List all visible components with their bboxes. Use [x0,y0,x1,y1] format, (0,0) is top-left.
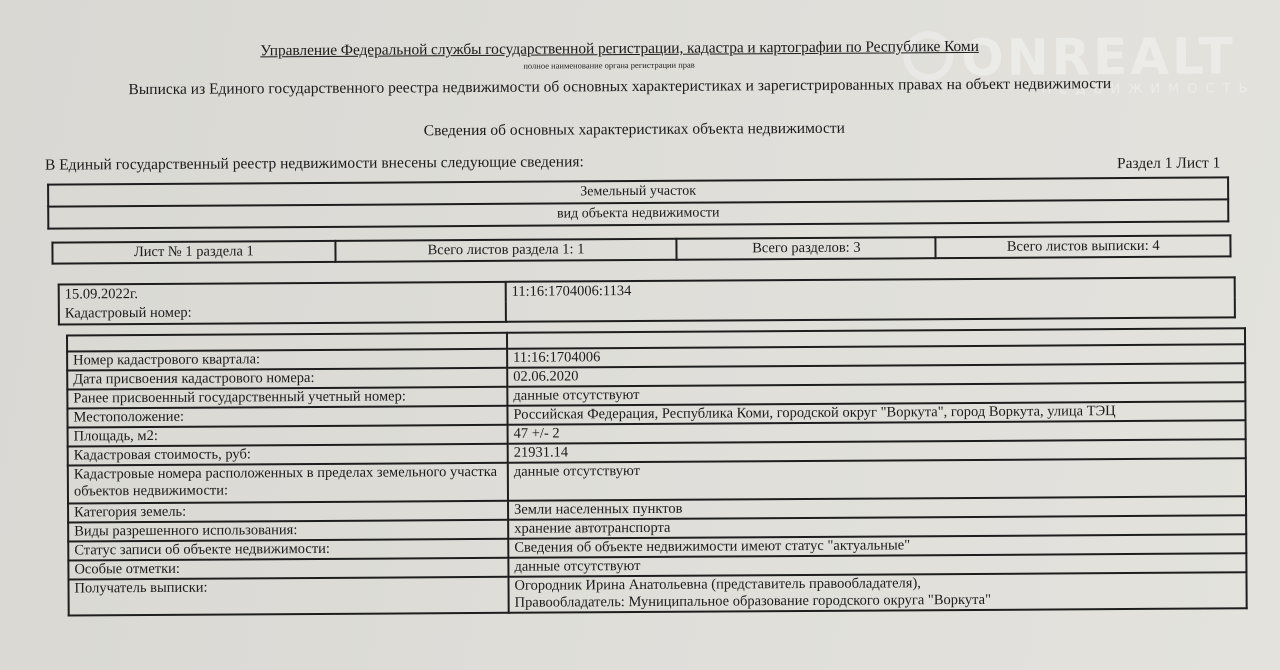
agency-caption: полное наименование органа регистрации п… [523,60,695,71]
cadastral-number: 11:16:1704006:1134 [506,277,1235,321]
sheet-label: Раздел 1 Лист 1 [1117,154,1221,173]
sheet-number: Лист № 1 раздела 1 [52,241,335,264]
rightholder-line: Правообладатель: Муниципальное образован… [515,590,1241,611]
identity-table: 15.09.2022г. 11:16:1704006:1134 Кадастро… [58,276,1236,325]
characteristics-table: Номер кадастрового квартала: 11:16:17040… [66,327,1248,616]
extract-title: Выписка из Единого государственного реес… [128,75,1111,99]
document-page: ONREALT НЕДВИЖИМОСТЬ Управление Федераль… [0,0,1280,670]
sheets-total: Всего листов выписки: 4 [936,235,1231,258]
table-row: Получатель выписки: Огородник Ирина Анат… [68,572,1246,615]
section-title: Сведения об основных характеристиках объ… [424,120,845,141]
sheet-meta-table: Лист № 1 раздела 1 Всего листов раздела … [51,234,1231,264]
field-label: Получатель выписки: [68,577,508,616]
field-value: Огородник Ирина Анатольевна (представите… [508,572,1246,613]
object-type-table: Земельный участок вид объекта недвижимос… [47,176,1229,229]
field-label: Кадастровые номера расположенных в преде… [68,463,508,504]
sheets-in-section: Всего листов раздела 1: 1 [335,239,677,262]
extract-date: 15.09.2022г. [59,282,506,305]
watermark: ONREALT НЕДВИЖИМОСТЬ [903,21,1264,113]
field-value: данные отсутствуют [508,458,1246,501]
cadastral-number-label: Кадастровый номер: [59,302,506,325]
agency-name: Управление Федеральной службы государств… [260,38,979,60]
intro-text: В Единый государственный реестр недвижим… [45,153,584,174]
sections-total: Всего разделов: 3 [677,237,936,260]
